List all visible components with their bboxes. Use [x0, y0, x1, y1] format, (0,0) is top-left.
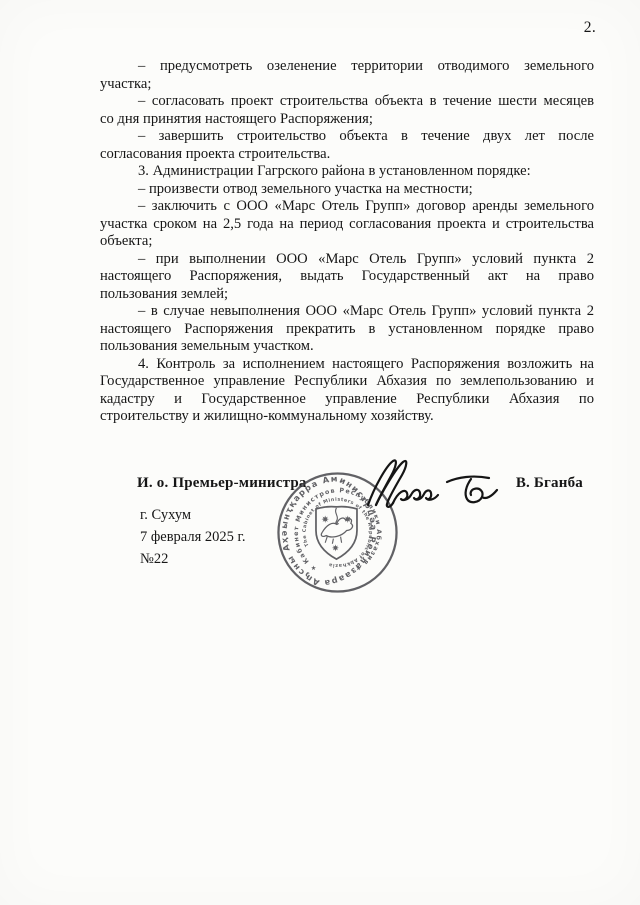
- text-line: – заключить с ООО «Марс Отель Групп» дог…: [100, 198, 594, 216]
- text-line: со дня принятия настоящего Распоряжения;: [100, 111, 594, 129]
- text-line: – при выполнении ООО «Марс Отель Групп» …: [100, 251, 594, 269]
- text-line: – предусмотреть озеленение территории от…: [100, 58, 594, 76]
- document-number: №22: [140, 551, 168, 568]
- text-line: настоящего Распоряжения, выдать Государс…: [100, 268, 594, 286]
- text-line: согласования проекта строительства.: [100, 146, 594, 164]
- text-line: – завершить строительство объекта в тече…: [100, 128, 594, 146]
- place-line: г. Сухум: [140, 507, 191, 524]
- text-line: – согласовать проект строительства объек…: [100, 93, 594, 111]
- text-line: 3. Администрации Гагрского района в уста…: [100, 163, 594, 181]
- document-body: – предусмотреть озеленение территории от…: [100, 58, 594, 426]
- text-line: пользования земельным участком.: [100, 338, 594, 356]
- text-line: участка;: [100, 76, 594, 94]
- text-line: Государственное управление Республики Аб…: [100, 373, 594, 391]
- text-line: объекта;: [100, 233, 594, 251]
- text-line: кадастру и Государственное управление Ре…: [100, 391, 594, 409]
- signatory-name: В. Бганба: [516, 475, 583, 492]
- signature-script-icon: [358, 450, 503, 512]
- scanned-page: { "page": { "number": "2.", "ink_color":…: [0, 0, 640, 905]
- text-line: строительству и жилищно-коммунальному хо…: [100, 408, 594, 426]
- document-page: 2. – предусмотреть озеленение территории…: [0, 0, 640, 905]
- text-line: 4. Контроль за исполнением настоящего Ра…: [100, 356, 594, 374]
- text-line: – произвести отвод земельного участка на…: [100, 181, 594, 199]
- text-line: участка сроком на 2,5 года на период сог…: [100, 216, 594, 234]
- text-line: пользования землей;: [100, 286, 594, 304]
- stamp-emblem-shield: [316, 507, 357, 560]
- text-line: – в случае невыполнения ООО «Марс Отель …: [100, 303, 594, 321]
- text-line: настоящего Распоряжения прекратить в уст…: [100, 321, 594, 339]
- date-line: 7 февраля 2025 г.: [140, 529, 245, 546]
- page-number: 2.: [584, 19, 596, 37]
